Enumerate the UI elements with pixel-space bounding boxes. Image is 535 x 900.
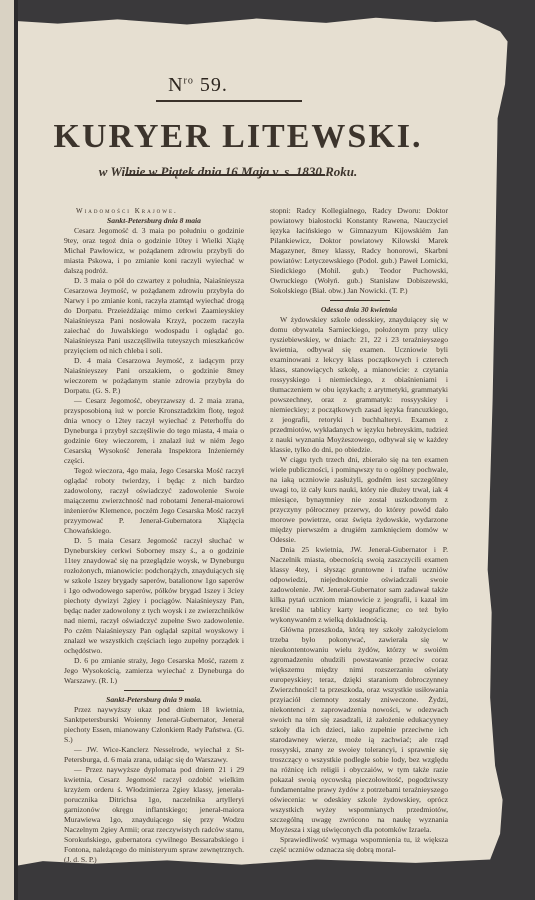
newspaper-page: Nro 59. KURYER LITEWSKI. w Wilnie w Piąt… [18, 16, 515, 868]
article-paragraph: Główna przeszkoda, którą tey szkoły zało… [270, 625, 448, 835]
article-paragraph: Cesarz Jegomość d. 3 maia po południu o … [64, 226, 244, 276]
article-paragraph: — Przez Naywyższe ukazy do Rządzącego Se… [64, 865, 244, 885]
article-paragraph: Tegoż wieczora, 4go maia, Jego Cesarska … [64, 466, 244, 536]
binding-gutter [14, 0, 18, 900]
section-divider [124, 690, 184, 691]
number-sup: ro [184, 75, 194, 86]
article-paragraph: W ciągu tych trzech dni, zbierało się na… [270, 455, 448, 545]
article-paragraph: Przez naywyższy ukaz pod dniem 18 kwietn… [64, 705, 244, 745]
article-paragraph: D. 4 maia Cesarzowa Jeymość, z iadącym p… [64, 356, 244, 396]
masthead-rule-top [156, 100, 302, 102]
number-value: 59. [200, 74, 228, 96]
article-paragraph: D. 5 maia Cesarz Jegomość raczył słuchać… [64, 536, 244, 656]
article-paragraph: D. 3 maia o pół do czwartey z południa, … [64, 276, 244, 356]
left-column: Wiadomości Krajowe. Sankt-Petersburg dni… [64, 206, 244, 885]
article-paragraph: D. 6 po zmianie straży, Jego Cesarska Mo… [64, 656, 244, 686]
section-divider [330, 300, 390, 301]
number-prefix: N [168, 74, 183, 96]
place-heading: Odessa dnia 30 kwietnia [270, 305, 448, 315]
newspaper-title: KURYER LITEWSKI. [38, 118, 438, 156]
article-paragraph: — Cesarz Jegomość, obeyrzawszy d. 2 maia… [64, 396, 244, 466]
issue-number: Nro 59. [18, 74, 378, 97]
article-paragraph: — JW. Wice-Kanclerz Nesselrode, wyiechał… [64, 745, 244, 765]
article-paragraph: Dnia 25 kwietnia, JW. Jenerał-Gubernator… [270, 545, 448, 625]
article-paragraph: — Przez naywyższe dyplomata pod dniem 21… [64, 765, 244, 865]
right-column: stopni: Radcy Kollegialnego, Radcy Dworu… [270, 206, 448, 855]
adjacent-page-edge [0, 0, 14, 900]
place-heading: Sankt-Petersburg dnia 9 maia. [64, 695, 244, 705]
masthead-rule-bottom [125, 174, 325, 176]
article-paragraph: W żydowskiey szkole odesskiey, znayduiąc… [270, 315, 448, 455]
place-heading: Sankt-Petersburg dnia 8 maia [64, 216, 244, 226]
section-heading: Wiadomości Krajowe. [64, 206, 244, 216]
dateline: w Wilnie w Piątek dnia 16 Maja v. s. 183… [48, 164, 408, 180]
article-paragraph: stopni: Radcy Kollegialnego, Radcy Dworu… [270, 206, 448, 296]
article-paragraph: Sprawiedliwość wymaga wspomnienia tu, iż… [270, 835, 448, 855]
